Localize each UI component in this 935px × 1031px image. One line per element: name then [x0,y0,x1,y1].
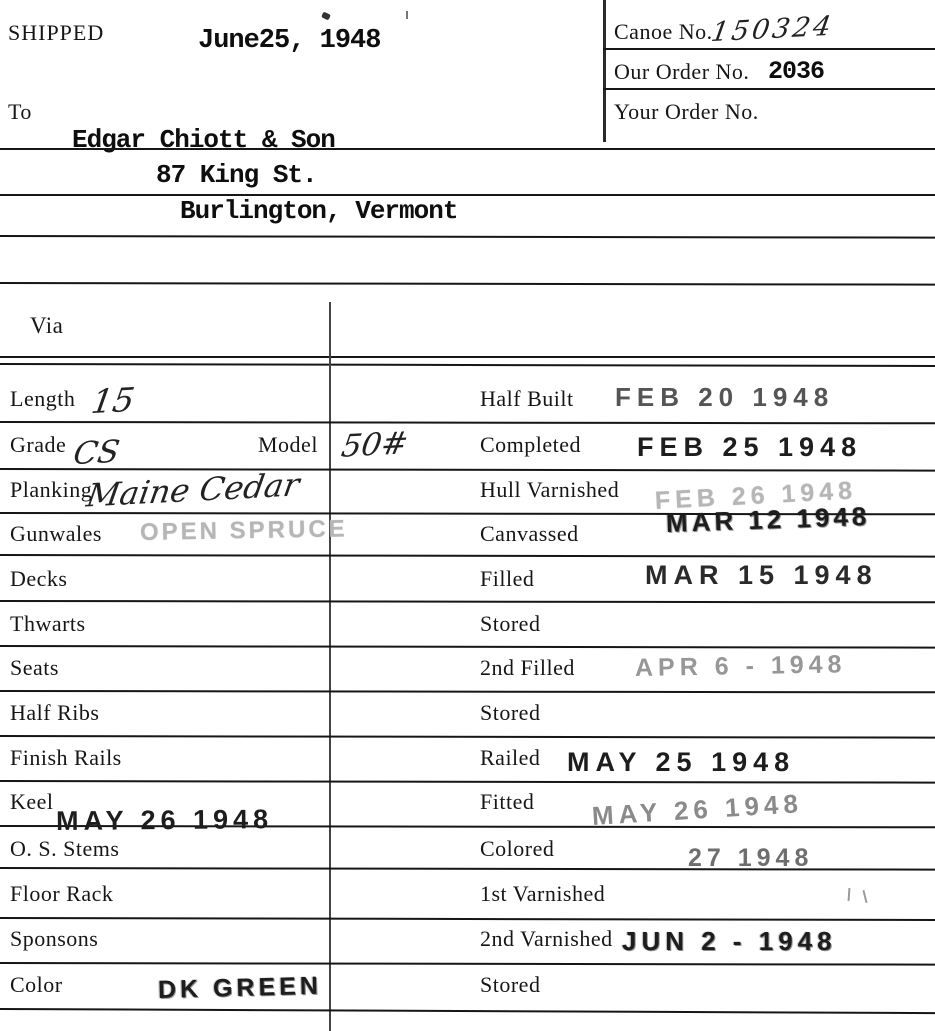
railed-date-stamp: MAY 25 1948 [567,747,795,778]
field-label-fitted: Fitted [480,789,534,815]
color-stamp: DK GREEN [158,972,323,1005]
rule-line [0,780,935,784]
field-label-finish-rails: Finish Rails [10,745,122,771]
rule-line [0,735,935,739]
rule-line [0,690,935,693]
gunwales-stamp: OPEN SPRUCE [140,515,348,547]
shipped-label: SHIPPED [8,20,104,46]
field-label-os-stems: O. S. Stems [10,836,119,862]
address-line-1: Edgar Chiott & Son [72,125,335,155]
shipped-date-value: June25, 1948 [198,26,380,56]
rule-line [0,235,935,239]
field-label-stored-2: Stored [480,700,540,726]
field-label-filled: Filled [480,566,534,592]
to-label: To [8,99,32,125]
ink-speck [406,11,408,19]
ink-speck [321,12,331,21]
rule-line [0,554,935,558]
keel-date-stamp: MAY 26 1948 [56,804,273,837]
field-label-completed: Completed [480,432,581,458]
field-label-canvassed: Canvassed [480,521,579,547]
field-label-half-built: Half Built [480,386,574,412]
rule-line [0,356,935,358]
canoe-build-record-card: SHIPPED June25, 1948 To Canoe No. 150324… [0,0,935,1031]
field-label-decks: Decks [10,566,67,592]
address-line-3: Burlington, Vermont [180,196,457,226]
order-box-divider-line [603,0,606,142]
rule-line [0,600,935,603]
rule-line [0,194,935,196]
ink-speck [862,890,867,903]
field-label-stored-3: Stored [480,972,540,998]
field-label-2nd-filled: 2nd Filled [480,655,575,681]
field-label-floor-rack: Floor Rack [10,881,113,907]
field-label-hull-varnished: Hull Varnished [480,477,619,503]
rule-line [0,282,935,286]
rule-line [0,645,935,649]
canoe-no-value: 150324 [709,11,836,48]
field-label-railed: Railed [480,745,540,771]
completed-date-stamp: FEB 25 1948 [637,432,862,463]
half-built-date-stamp: FEB 20 1948 [615,382,834,413]
rule-line [603,48,935,50]
rule-line [0,148,935,150]
field-label-colored: Colored [480,836,554,862]
rule-line [0,962,935,966]
field-label-length: Length [10,386,75,412]
field-label-model: Model [258,432,318,458]
rule-line [0,917,935,921]
canoe-no-label: Canoe No. [614,19,713,45]
field-label-gunwales: Gunwales [10,521,102,547]
2nd-varnished-date-stamp: JUN 2 - 1948 [622,926,837,957]
field-label-stored-1: Stored [480,611,540,637]
address-line-2: 87 King St. [156,160,317,190]
field-label-2nd-varnished: 2nd Varnished [480,926,613,952]
2nd-filled-date-stamp: APR 6 - 1948 [635,650,847,683]
filled-date-stamp: MAR 15 1948 [645,560,878,591]
via-label: Via [30,313,63,339]
your-order-no-label: Your Order No. [614,99,759,125]
rule-line [0,421,935,424]
field-label-thwarts: Thwarts [10,611,86,637]
our-order-no-value: 2036 [768,57,824,86]
length-value-handwritten: 15 [89,380,138,421]
canvassed-date-stamp: MAR 12 1948 [665,501,870,539]
rule-line [0,363,935,367]
rule-line [0,1008,935,1014]
field-label-color: Color [10,972,63,998]
planking-value-handwritten: Maine Cedar [84,466,302,515]
field-label-half-ribs: Half Ribs [10,700,99,726]
ink-speck [848,888,851,901]
field-label-1st-varnished: 1st Varnished [480,881,605,907]
field-label-sponsons: Sponsons [10,926,98,952]
field-label-grade: Grade [10,432,66,458]
model-value-handwritten: 50# [339,425,411,464]
field-label-seats: Seats [10,655,59,681]
colored-date-stamp: 27 1948 [688,844,813,873]
field-label-keel: Keel [10,789,54,815]
field-label-planking: Planking [10,477,92,503]
rule-line [0,468,935,472]
grade-value-handwritten: CS [71,434,122,472]
column-divider-line [329,302,331,1031]
our-order-no-label: Our Order No. [614,59,749,85]
rule-line [603,88,935,90]
